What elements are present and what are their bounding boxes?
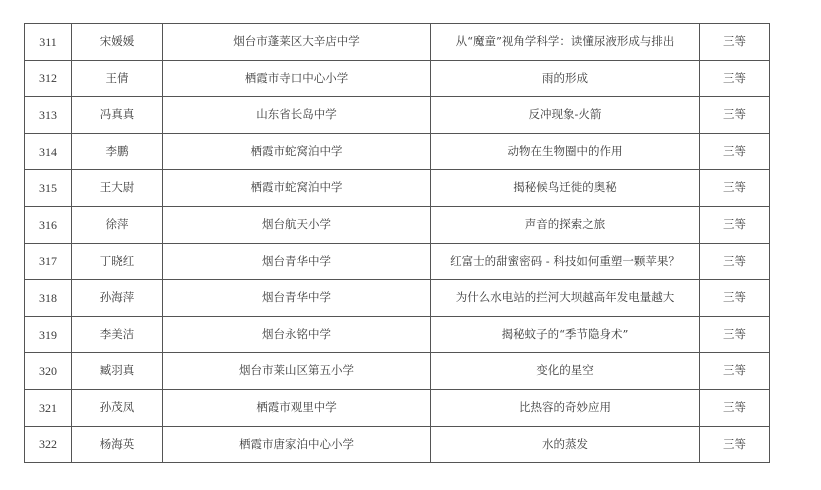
award-level: 三等 bbox=[700, 353, 770, 390]
award-level: 三等 bbox=[700, 389, 770, 426]
award-level: 三等 bbox=[700, 60, 770, 97]
row-number: 311 bbox=[25, 24, 72, 61]
award-level: 三等 bbox=[700, 206, 770, 243]
row-number: 312 bbox=[25, 60, 72, 97]
table-row: 321 孙茂凤 栖霞市观里中学 比热容的奇妙应用 三等 bbox=[25, 389, 770, 426]
table-row: 313 冯真真 山东省长岛中学 反冲现象-火箭 三等 bbox=[25, 97, 770, 134]
award-level: 三等 bbox=[700, 97, 770, 134]
row-number: 315 bbox=[25, 170, 72, 207]
award-level: 三等 bbox=[700, 170, 770, 207]
teacher-name: 宋媛媛 bbox=[72, 24, 163, 61]
work-title: 比热容的奇妙应用 bbox=[431, 389, 700, 426]
row-number: 319 bbox=[25, 316, 72, 353]
work-title: 反冲现象-火箭 bbox=[431, 97, 700, 134]
school-name: 栖霞市蛇窝泊中学 bbox=[163, 133, 431, 170]
row-number: 321 bbox=[25, 389, 72, 426]
work-title: 红富士的甜蜜密码 - 科技如何重塑一颗苹果？ bbox=[431, 243, 700, 280]
award-list-table: 311 宋媛媛 烟台市蓬莱区大辛店中学 从“魔童”视角学科学：读懂尿液形成与排出… bbox=[24, 23, 770, 463]
teacher-name: 李鹏 bbox=[72, 133, 163, 170]
award-level: 三等 bbox=[700, 243, 770, 280]
award-level: 三等 bbox=[700, 280, 770, 317]
table-row: 320 臧羽真 烟台市莱山区第五小学 变化的星空 三等 bbox=[25, 353, 770, 390]
school-name: 栖霞市蛇窝泊中学 bbox=[163, 170, 431, 207]
teacher-name: 孙海萍 bbox=[72, 280, 163, 317]
school-name: 烟台永铭中学 bbox=[163, 316, 431, 353]
school-name: 烟台青华中学 bbox=[163, 280, 431, 317]
teacher-name: 王倩 bbox=[72, 60, 163, 97]
work-title: 变化的星空 bbox=[431, 353, 700, 390]
teacher-name: 杨海英 bbox=[72, 426, 163, 463]
row-number: 314 bbox=[25, 133, 72, 170]
school-name: 烟台青华中学 bbox=[163, 243, 431, 280]
work-title: 动物在生物圈中的作用 bbox=[431, 133, 700, 170]
school-name: 烟台市莱山区第五小学 bbox=[163, 353, 431, 390]
teacher-name: 李美洁 bbox=[72, 316, 163, 353]
table-row: 318 孙海萍 烟台青华中学 为什么水电站的拦河大坝越高年发电量越大 三等 bbox=[25, 280, 770, 317]
school-name: 栖霞市唐家泊中心小学 bbox=[163, 426, 431, 463]
award-level: 三等 bbox=[700, 426, 770, 463]
teacher-name: 孙茂凤 bbox=[72, 389, 163, 426]
school-name: 烟台市蓬莱区大辛店中学 bbox=[163, 24, 431, 61]
work-title: 揭秘候鸟迁徙的奥秘 bbox=[431, 170, 700, 207]
table-row: 322 杨海英 栖霞市唐家泊中心小学 水的蒸发 三等 bbox=[25, 426, 770, 463]
work-title: 为什么水电站的拦河大坝越高年发电量越大 bbox=[431, 280, 700, 317]
table-row: 315 王大尉 栖霞市蛇窝泊中学 揭秘候鸟迁徙的奥秘 三等 bbox=[25, 170, 770, 207]
teacher-name: 丁晓红 bbox=[72, 243, 163, 280]
teacher-name: 王大尉 bbox=[72, 170, 163, 207]
row-number: 317 bbox=[25, 243, 72, 280]
row-number: 320 bbox=[25, 353, 72, 390]
work-title: 雨的形成 bbox=[431, 60, 700, 97]
work-title: 声音的探索之旅 bbox=[431, 206, 700, 243]
table-row: 314 李鹏 栖霞市蛇窝泊中学 动物在生物圈中的作用 三等 bbox=[25, 133, 770, 170]
teacher-name: 冯真真 bbox=[72, 97, 163, 134]
teacher-name: 臧羽真 bbox=[72, 353, 163, 390]
work-title: 从“魔童”视角学科学：读懂尿液形成与排出 bbox=[431, 24, 700, 61]
school-name: 栖霞市寺口中心小学 bbox=[163, 60, 431, 97]
school-name: 烟台航天小学 bbox=[163, 206, 431, 243]
table-row: 312 王倩 栖霞市寺口中心小学 雨的形成 三等 bbox=[25, 60, 770, 97]
award-level: 三等 bbox=[700, 316, 770, 353]
table-row: 316 徐萍 烟台航天小学 声音的探索之旅 三等 bbox=[25, 206, 770, 243]
table-row: 317 丁晓红 烟台青华中学 红富士的甜蜜密码 - 科技如何重塑一颗苹果？ 三等 bbox=[25, 243, 770, 280]
row-number: 322 bbox=[25, 426, 72, 463]
work-title: 揭秘蚊子的“季节隐身术” bbox=[431, 316, 700, 353]
table-row: 311 宋媛媛 烟台市蓬莱区大辛店中学 从“魔童”视角学科学：读懂尿液形成与排出… bbox=[25, 24, 770, 61]
award-level: 三等 bbox=[700, 133, 770, 170]
row-number: 313 bbox=[25, 97, 72, 134]
row-number: 318 bbox=[25, 280, 72, 317]
teacher-name: 徐萍 bbox=[72, 206, 163, 243]
row-number: 316 bbox=[25, 206, 72, 243]
award-level: 三等 bbox=[700, 24, 770, 61]
school-name: 栖霞市观里中学 bbox=[163, 389, 431, 426]
school-name: 山东省长岛中学 bbox=[163, 97, 431, 134]
work-title: 水的蒸发 bbox=[431, 426, 700, 463]
table-row: 319 李美洁 烟台永铭中学 揭秘蚊子的“季节隐身术” 三等 bbox=[25, 316, 770, 353]
